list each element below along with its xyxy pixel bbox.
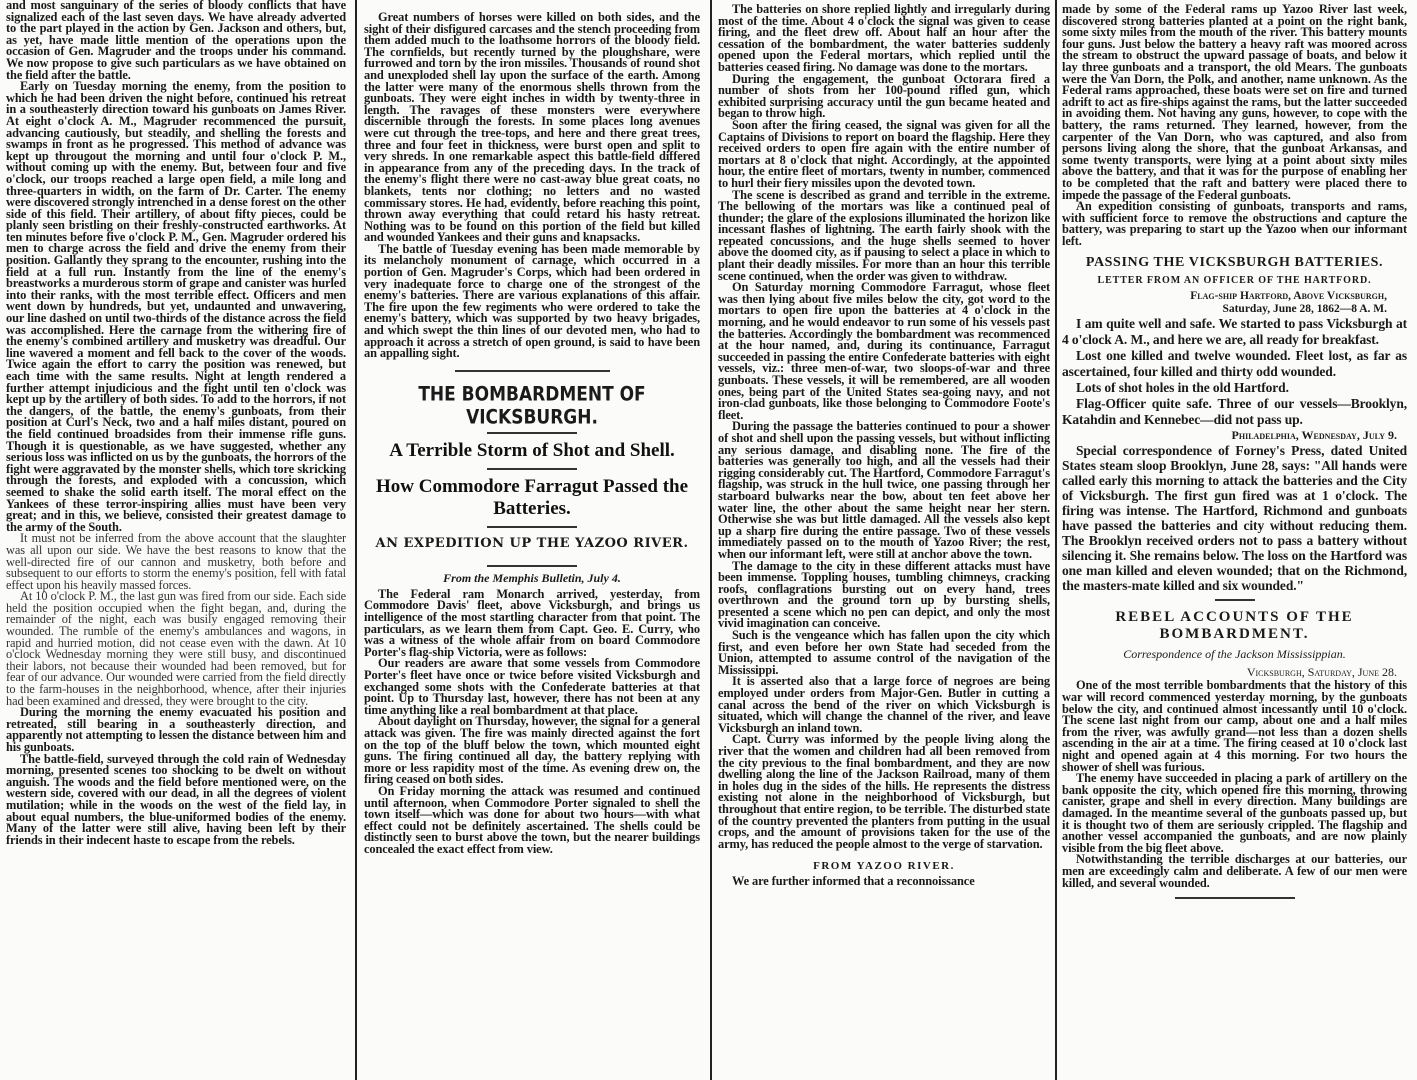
newspaper-page: and most sanguinary of the series of blo… (0, 0, 1417, 1080)
column-rule (710, 0, 712, 1080)
separator-rule (487, 468, 577, 470)
letter-paragraph: I am quite well and safe. We started to … (1062, 316, 1407, 348)
column-1: and most sanguinary of the series of blo… (6, 0, 346, 1080)
article-paragraph: The scene is described as grand and terr… (718, 190, 1050, 283)
article-paragraph: Great numbers of horses were killed on b… (364, 12, 700, 244)
article-paragraph: One of the most terrible bombardments th… (1062, 680, 1407, 773)
article-paragraph: It is asserted also that a large force o… (718, 676, 1050, 734)
separator-rule (1215, 599, 1255, 601)
letter-paragraph: Lots of shot holes in the old Hartford. (1062, 380, 1407, 396)
subheadline: AN EXPEDITION UP THE YAZOO RIVER. (364, 536, 700, 551)
article-paragraph: An expedition consisting of gunboats, tr… (1062, 201, 1407, 247)
article-paragraph: On Saturday morning Commodore Farragut, … (718, 282, 1050, 421)
rebel-source: Correspondence of the Jackson Mississipp… (1062, 647, 1407, 662)
article-paragraph: The battle of Tuesday evening has been m… (364, 244, 700, 360)
article-paragraph: made by some of the Federal rams up Yazo… (1062, 4, 1407, 201)
article-paragraph: The enemy have succeeded in placing a pa… (1062, 773, 1407, 854)
article-paragraph: The damage to the city in these differen… (718, 561, 1050, 631)
article-paragraph: The Federal ram Monarch arrived, yesterd… (364, 589, 700, 659)
article-paragraph: It must not be inferred from the above a… (6, 533, 346, 591)
article-paragraph: At 10 o'clock P. M., the last gun was fi… (6, 591, 346, 707)
column-3: The batteries on shore replied lightly a… (718, 0, 1050, 1080)
separator-rule (487, 565, 577, 567)
article-paragraph: During the passage the batteries continu… (718, 421, 1050, 560)
deck-headline: How Commodore Farragut Passed the Batter… (370, 476, 694, 520)
column-2: Great numbers of horses were killed on b… (364, 0, 700, 1080)
article-paragraph: We are further informed that a reconnois… (718, 876, 1050, 888)
separator-rule (455, 370, 610, 372)
column-rule (355, 0, 357, 1080)
letter-paragraph: Special correspondence of Forney's Press… (1062, 443, 1407, 593)
column-rule (1055, 0, 1057, 1080)
letter-subheadline: LETTER FROM AN OFFICER OF THE HARTFORD. (1062, 275, 1407, 286)
article-paragraph: The batteries on shore replied lightly a… (718, 4, 1050, 74)
article-paragraph: and most sanguinary of the series of blo… (6, 0, 346, 81)
separator-rule (1175, 897, 1295, 899)
article-paragraph: Early on Tuesday morning the enemy, from… (6, 81, 346, 533)
article-paragraph: Such is the vengeance which has fallen u… (718, 630, 1050, 676)
letter-headline: PASSING THE VICKSBURGH BATTERIES. (1062, 255, 1407, 271)
column-4: made by some of the Federal rams up Yazo… (1062, 0, 1407, 1080)
dateline: Philadelphia, Wednesday, July 9. (1062, 428, 1407, 443)
source-line: From the Memphis Bulletin, July 4. (364, 571, 700, 586)
article-paragraph: Capt. Curry was informed by the people l… (718, 734, 1050, 850)
rebel-headline: REBEL ACCOUNTS OF THE BOMBARDMENT. (1062, 609, 1407, 643)
separator-rule (487, 432, 577, 434)
article-paragraph: During the morning the enemy evacuated h… (6, 707, 346, 753)
article-paragraph: Soon after the firing ceased, the signal… (718, 120, 1050, 190)
article-paragraph: Our readers are aware that some vessels … (364, 658, 700, 716)
article-paragraph: Notwithstanding the terrible discharges … (1062, 854, 1407, 889)
section-heading: FROM YAZOO RIVER. (718, 860, 1050, 872)
letter-paragraph: Lost one killed and twelve wounded. Flee… (1062, 348, 1407, 380)
letter-paragraph: Flag-Officer quite safe. Three of our ve… (1062, 396, 1407, 428)
article-paragraph: During the engagement, the gunboat Octor… (718, 74, 1050, 120)
letter-place: Flag-ship Hartford, Above Vicksburgh, (1062, 290, 1407, 303)
separator-rule (487, 526, 577, 528)
article-paragraph: The battle-field, surveyed through the c… (6, 754, 346, 847)
deck-headline: A Terrible Storm of Shot and Shell. (370, 440, 694, 462)
headline: THE BOMBARDMENT OF VICKSBURGH. (364, 383, 700, 429)
article-paragraph: About daylight on Thursday, however, the… (364, 716, 700, 786)
letter-date: Saturday, June 28, 1862—8 A. M. (1062, 303, 1407, 316)
article-paragraph: On Friday morning the attack was resumed… (364, 786, 700, 856)
